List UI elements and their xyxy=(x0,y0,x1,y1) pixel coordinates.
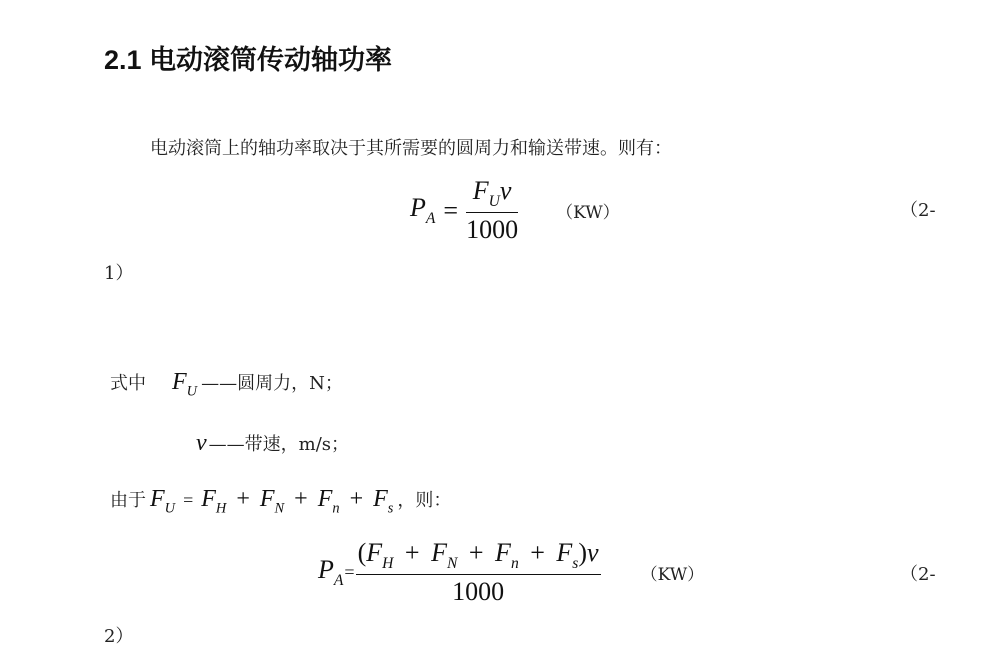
eq1-numerator: FUv xyxy=(471,176,514,212)
eq2-numerator: (FH + FN + Fn + Fs)v xyxy=(356,538,601,574)
eq2-unit: （KW） xyxy=(641,560,705,585)
eq1-unit: （KW） xyxy=(556,198,620,223)
derivation-suffix: ，则： xyxy=(397,486,451,512)
derivation-line: 由于 FU = FH + FN + Fn + Fs ，则： xyxy=(110,486,451,517)
equation-2-2: PA = (FH + FN + Fn + Fs)v 1000 （KW） xyxy=(318,538,704,607)
eq2-denominator: 1000 xyxy=(452,575,504,607)
eq1-number-part2: 1） xyxy=(104,259,133,285)
eq1-number-part1: （2- xyxy=(900,196,936,222)
eq2-number-part2: 2） xyxy=(104,622,133,648)
eq1-lhs: PA xyxy=(410,193,435,228)
v-symbol: v xyxy=(196,430,207,457)
v-description: ——带速，m/s； xyxy=(209,430,349,456)
intro-paragraph: 电动滚筒上的轴功率取决于其所需要的圆周力和输送带速。则有： xyxy=(150,134,672,160)
derivation-formula: FU = FH + FN + Fn + Fs xyxy=(150,486,393,517)
section-title: 电动滚筒传动轴功率 xyxy=(149,45,392,75)
fu-description: ——圆周力，N； xyxy=(201,369,343,395)
eq2-equals: = xyxy=(344,562,354,583)
definitions-prefix: 式中 xyxy=(110,369,146,395)
eq1-fraction: FUv 1000 xyxy=(466,176,518,245)
definition-fu: 式中 FU ——圆周力，N； xyxy=(110,369,343,400)
section-number: 2.1 xyxy=(104,45,142,75)
definition-v: v ——带速，m/s； xyxy=(196,430,349,457)
fu-symbol: FU xyxy=(172,369,197,400)
eq2-fraction: (FH + FN + Fn + Fs)v 1000 xyxy=(356,538,601,607)
eq1-equals: = xyxy=(443,196,458,226)
section-heading: 2.1 电动滚筒传动轴功率 xyxy=(104,38,392,77)
equation-2-1: PA = FUv 1000 （KW） xyxy=(410,176,620,245)
eq2-lhs: PA xyxy=(318,555,343,590)
derivation-prefix: 由于 xyxy=(110,486,146,512)
eq2-number-part1: （2- xyxy=(900,560,936,586)
eq1-denominator: 1000 xyxy=(466,213,518,245)
